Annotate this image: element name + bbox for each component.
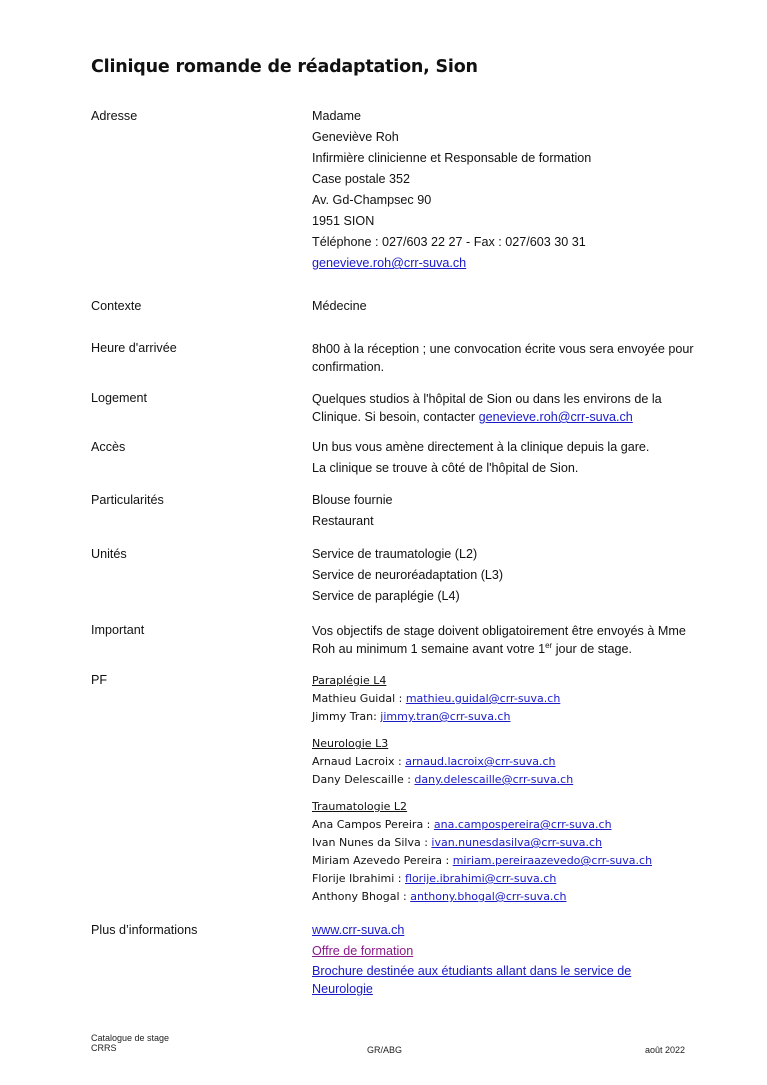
unite-item: Service de paraplégie (L4) — [312, 586, 712, 607]
footer-catalogue: Catalogue de stage — [91, 1033, 169, 1043]
label-pf: PF — [91, 670, 291, 691]
value-contexte: Médecine — [312, 296, 712, 317]
label-adresse: Adresse — [91, 106, 291, 127]
contact-name: Ana Campos Pereira : — [312, 818, 434, 831]
contact-row: Ana Campos Pereira : ana.campospereira@c… — [312, 816, 712, 834]
contact-email-link[interactable]: florije.ibrahimi@crr-suva.ch — [405, 872, 556, 885]
offre-formation-link[interactable]: Offre de formation — [312, 944, 413, 958]
contact-name: Dany Delescaille : — [312, 773, 414, 786]
acces-line: Un bus vous amène directement à la clini… — [312, 437, 712, 458]
contact-email-link[interactable]: dany.delescaille@crr-suva.ch — [414, 773, 573, 786]
value-particularites: Blouse fournie Restaurant — [312, 490, 712, 532]
email-link[interactable]: genevieve.roh@crr-suva.ch — [312, 256, 466, 270]
contact-row: Florije Ibrahimi : florije.ibrahimi@crr-… — [312, 870, 712, 888]
contact-name: Ivan Nunes da Silva : — [312, 836, 431, 849]
unite-item: Service de neuroréadaptation (L3) — [312, 565, 712, 586]
pf-group-neurologie: Neurologie L3 Arnaud Lacroix : arnaud.la… — [312, 735, 712, 789]
contact-name: Arnaud Lacroix : — [312, 755, 405, 768]
unite-item: Service de traumatologie (L2) — [312, 544, 712, 565]
value-plus-informations: www.crr-suva.ch Offre de formation Broch… — [312, 920, 712, 998]
contact-row: Dany Delescaille : dany.delescaille@crr-… — [312, 771, 712, 789]
value-heure-arrivee: 8h00 à la réception ; une convocation éc… — [312, 340, 712, 376]
label-logement: Logement — [91, 388, 291, 409]
website-link[interactable]: www.crr-suva.ch — [312, 923, 404, 937]
address-line: Case postale 352 — [312, 169, 712, 190]
group-title: Traumatologie L2 — [312, 798, 712, 816]
contact-name: Jimmy Tran: — [312, 710, 380, 723]
footer-left: Catalogue de stage CRRS — [91, 1033, 169, 1053]
label-plus-informations: Plus d’informations — [91, 920, 291, 941]
value-pf: Paraplégie L4 Mathieu Guidal : mathieu.g… — [312, 672, 712, 915]
contact-name: Mathieu Guidal : — [312, 692, 406, 705]
contact-email-link[interactable]: arnaud.lacroix@crr-suva.ch — [405, 755, 555, 768]
page-title: Clinique romande de réadaptation, Sion — [91, 57, 478, 77]
contact-row: Ivan Nunes da Silva : ivan.nunesdasilva@… — [312, 834, 712, 852]
pf-group-paraplegie: Paraplégie L4 Mathieu Guidal : mathieu.g… — [312, 672, 712, 726]
contact-name: Miriam Azevedo Pereira : — [312, 854, 453, 867]
group-title: Paraplégie L4 — [312, 672, 712, 690]
value-acces: Un bus vous amène directement à la clini… — [312, 437, 712, 479]
particularite-item: Blouse fournie — [312, 490, 712, 511]
label-contexte: Contexte — [91, 296, 291, 317]
contact-email-link[interactable]: ana.campospereira@crr-suva.ch — [434, 818, 612, 831]
contact-email-link[interactable]: jimmy.tran@crr-suva.ch — [380, 710, 510, 723]
contact-name: Florije Ibrahimi : — [312, 872, 405, 885]
label-important: Important — [91, 620, 291, 641]
footer-center: GR/ABG — [367, 1045, 402, 1055]
label-acces: Accès — [91, 437, 291, 458]
value-logement: Quelques studios à l'hôpital de Sion ou … — [312, 390, 712, 426]
address-line: Geneviève Roh — [312, 127, 712, 148]
address-line: Infirmière clinicienne et Responsable de… — [312, 148, 712, 169]
address-line: 1951 SION — [312, 211, 712, 232]
email-link[interactable]: genevieve.roh@crr-suva.ch — [479, 410, 633, 424]
phone-fax: Téléphone : 027/603 22 27 - Fax : 027/60… — [312, 232, 712, 253]
address-line: Madame — [312, 106, 712, 127]
contact-row: Jimmy Tran: jimmy.tran@crr-suva.ch — [312, 708, 712, 726]
address-line: Av. Gd-Champsec 90 — [312, 190, 712, 211]
value-important: Vos objectifs de stage doivent obligatoi… — [312, 622, 707, 658]
brochure-link[interactable]: Brochure destinée aux étudiants allant d… — [312, 964, 631, 996]
contact-email-link[interactable]: anthony.bhogal@crr-suva.ch — [410, 890, 566, 903]
pf-group-traumatologie: Traumatologie L2 Ana Campos Pereira : an… — [312, 798, 712, 906]
label-particularites: Particularités — [91, 490, 291, 511]
contact-row: Miriam Azevedo Pereira : miriam.pereiraa… — [312, 852, 712, 870]
footer-date: août 2022 — [645, 1045, 685, 1055]
group-title: Neurologie L3 — [312, 735, 712, 753]
particularite-item: Restaurant — [312, 511, 712, 532]
contact-email-link[interactable]: mathieu.guidal@crr-suva.ch — [406, 692, 560, 705]
contact-row: Arnaud Lacroix : arnaud.lacroix@crr-suva… — [312, 753, 712, 771]
contact-email-link[interactable]: ivan.nunesdasilva@crr-suva.ch — [431, 836, 602, 849]
footer-crrs: CRRS — [91, 1043, 169, 1053]
contact-name: Anthony Bhogal : — [312, 890, 410, 903]
label-unites: Unités — [91, 544, 291, 565]
contact-email-link[interactable]: miriam.pereiraazevedo@crr-suva.ch — [453, 854, 652, 867]
acces-line: La clinique se trouve à côté de l'hôpita… — [312, 458, 712, 479]
value-adresse: Madame Geneviève Roh Infirmière clinicie… — [312, 106, 712, 274]
contact-row: Anthony Bhogal : anthony.bhogal@crr-suva… — [312, 888, 712, 906]
value-unites: Service de traumatologie (L2) Service de… — [312, 544, 712, 607]
label-heure-arrivee: Heure d'arrivée — [91, 338, 291, 359]
contact-row: Mathieu Guidal : mathieu.guidal@crr-suva… — [312, 690, 712, 708]
important-text-end: jour de stage. — [552, 642, 632, 656]
